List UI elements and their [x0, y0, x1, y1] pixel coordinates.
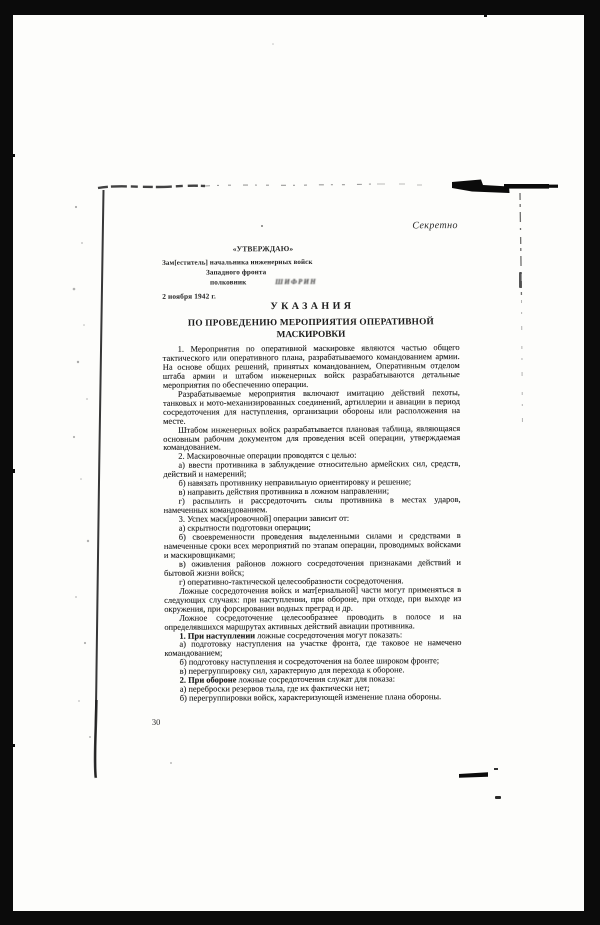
paragraph: Ложные сосредоточения войск и мат[ериаль…	[164, 585, 461, 614]
paragraph: 1. Мероприятия по оперативной маскировке…	[163, 343, 460, 390]
approval-stamp: «УТВЕРЖДАЮ»	[189, 244, 337, 255]
paragraph: в) оживления районов ложного сосредоточе…	[164, 558, 461, 578]
approval-rank: полковник	[210, 277, 246, 287]
title-line-1: УКАЗАНИЯ	[162, 300, 459, 313]
approval-signature: ШИФРИН	[275, 277, 317, 287]
document-page: Секретно «УТВЕРЖДАЮ» Зам[еститель] начал…	[0, 0, 600, 925]
title-line-2: ПО ПРОВЕДЕНИЮ МЕРОПРИЯТИЯ ОПЕРАТИВНОЙ	[162, 317, 459, 329]
paragraph: а) ввести противника в заблуждение относ…	[163, 459, 460, 479]
paragraph: б) своевременности проведения выделенным…	[164, 531, 461, 560]
approval-position-line: Зам[еститель] начальника инженерных войс…	[162, 257, 310, 268]
paragraph: Штабом инженерных войск разрабатывается …	[163, 424, 460, 453]
scanned-document: Секретно «УТВЕРЖДАЮ» Зам[еститель] начал…	[0, 0, 600, 925]
body-text: 1. Мероприятия по оперативной маскировке…	[163, 343, 462, 703]
page-number: 30	[152, 717, 161, 727]
classification-label: Секретно	[358, 220, 458, 232]
paragraph: б) перегруппировки войск, характеризующе…	[165, 692, 462, 703]
paragraph: Ложное сосредоточение целесообразнее про…	[164, 612, 461, 632]
paragraph: г) распылить и рассредоточить силы проти…	[164, 495, 461, 515]
paragraph: Разрабатываемые мероприятия включают ими…	[163, 388, 460, 426]
approval-block: «УТВЕРЖДАЮ» Зам[еститель] начальника инж…	[162, 244, 310, 302]
approval-rank-row: полковник ШИФРИН	[162, 277, 310, 288]
title-line-3: МАСКИРОВКИ	[162, 329, 459, 341]
document-title: УКАЗАНИЯ ПО ПРОВЕДЕНИЮ МЕРОПРИЯТИЯ ОПЕРА…	[162, 300, 459, 341]
